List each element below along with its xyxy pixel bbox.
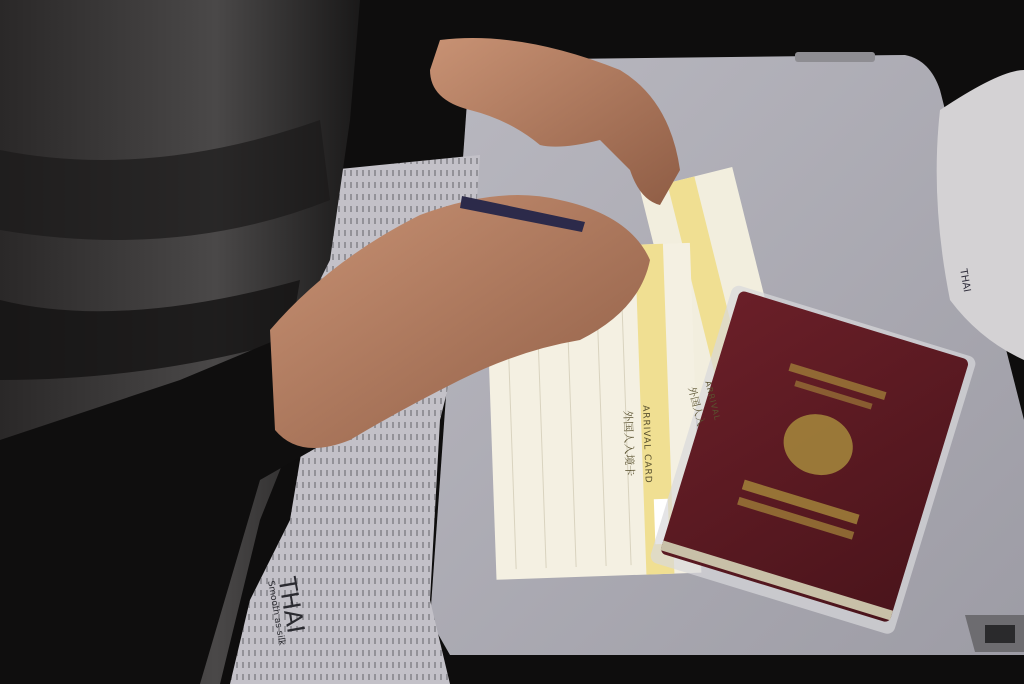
photo-illustration [0, 0, 1024, 684]
photo-scene: 外国人入境卡 ARRIVAL CARD 外国人入 ARRIVAL THAI Sm… [0, 0, 1024, 684]
arrival-card-title-cn: 外国人入境卡 [620, 410, 638, 477]
